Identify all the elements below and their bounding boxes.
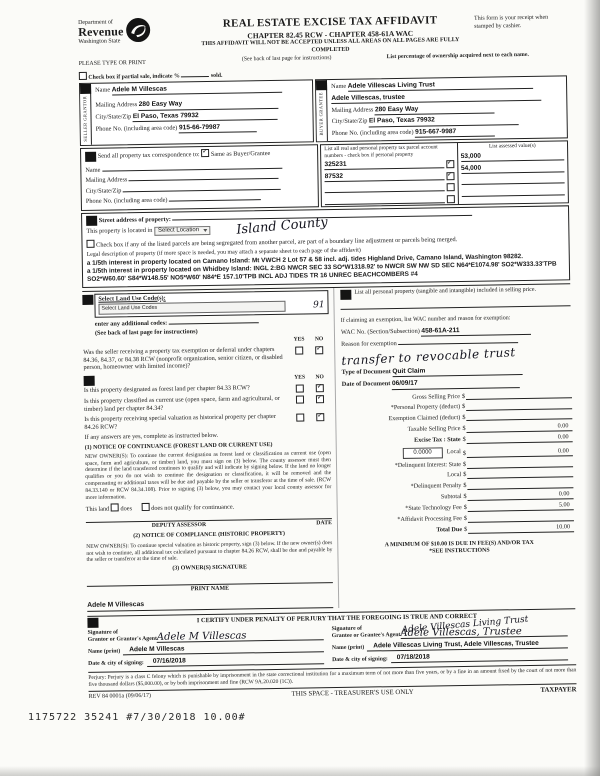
partial-sale-label: Check box if partial sale, indicate % — [88, 74, 180, 81]
yes-header: YES — [289, 336, 309, 343]
receipt-note: This form is your receipt when stamped b… — [474, 12, 566, 30]
located-in-label: This property is located in — [86, 227, 152, 235]
seller-city-label: City/State/Zip — [95, 113, 131, 121]
exemption-no-checkbox[interactable]: ✓ — [315, 346, 323, 354]
seller-address-label: Mailing Address — [95, 102, 137, 110]
street-address-label: Street address of property: — [99, 216, 171, 224]
section-marker-8 — [87, 618, 98, 628]
buyer-city-label: City/State/Zip — [332, 118, 368, 126]
please-type-or-print: PLEASE TYPE OR PRINT — [79, 57, 187, 68]
additional-codes-field[interactable] — [169, 322, 259, 324]
personal-property-checkbox[interactable]: ✓ — [446, 172, 454, 180]
same-as-buyer-checkbox[interactable]: ✓ — [201, 149, 209, 157]
if-yes-note: If any answers are yes, complete as inst… — [84, 430, 330, 442]
forest-yes-checkbox[interactable] — [296, 385, 304, 393]
subtotal-value: 0.00 — [468, 490, 574, 500]
seller-name-value[interactable]: Adele M Villescas — [112, 84, 282, 96]
taxpayer-label: TAXPAYER — [487, 686, 577, 696]
scanned-affidavit-page: Department of Revenue Washington State R… — [0, 0, 600, 776]
does-label: does — [120, 506, 132, 513]
assessed-value-row — [461, 175, 565, 186]
money-row: Gross Selling Price$ — [342, 391, 572, 402]
property-location-box: Street address of property: This propert… — [81, 205, 570, 287]
seller-grantor-box: SELLER GRANTOR Name Adele M Villescas Ma… — [79, 79, 314, 146]
corr-address-label: Mailing Address — [85, 177, 127, 185]
scan-bottom-shadow — [0, 766, 600, 776]
parcel-number-value[interactable]: 325231 — [324, 160, 443, 171]
no-header: NO — [309, 336, 329, 343]
assessed-value-row — [461, 186, 565, 197]
sold-label: sold. — [211, 73, 223, 79]
money-section: Gross Selling Price$ *Personal Property … — [342, 391, 574, 536]
dor-logo: Department of Revenue Washington State — [78, 18, 186, 47]
affidavit-form: Department of Revenue Washington State R… — [78, 12, 577, 702]
excise-tax-state-value: 0.00 — [467, 434, 573, 444]
corr-address-field[interactable] — [129, 178, 279, 181]
qualify-row: This land does does not qualify for cont… — [86, 500, 332, 514]
grantor-name-print-label: Name (print) — [88, 648, 120, 656]
does-checkbox[interactable] — [111, 504, 119, 512]
minimum-due-note: A MINIMUM OF $10.00 IS DUE IN FEE(S) AND… — [344, 539, 574, 557]
date-label: DATE — [272, 520, 332, 528]
exemption-yes-checkbox[interactable] — [295, 346, 303, 354]
partial-sale-checkbox[interactable] — [79, 72, 87, 80]
buyer-name2-value[interactable]: Adele Villescas, trustee — [331, 92, 541, 105]
assessed-value[interactable]: 54,000 — [461, 163, 565, 174]
historic-no-checkbox[interactable]: ✓ — [316, 413, 324, 421]
owners-signature-title: (3) OWNER(S) SIGNATURE — [87, 563, 333, 574]
logo-revenue-line: Revenue — [78, 26, 124, 39]
grantor-date-city-label: Date & city of signing: — [88, 660, 144, 668]
local-rate-box[interactable]: 0.0000 — [402, 447, 443, 459]
doc-date-value[interactable]: 06/09/17 — [392, 378, 520, 389]
seller-address-value[interactable]: 280 Easy Way — [139, 99, 279, 110]
money-row: *Delinquent Penalty$ — [343, 480, 573, 491]
money-row: 0.0000Local$0.00 — [343, 445, 573, 460]
parcel-number-value[interactable] — [325, 183, 444, 194]
total-due-value: 10.00 — [468, 524, 574, 534]
grantee-name-print-label: Name (print) — [332, 644, 364, 652]
same-as-buyer-label: Same as Buyer/Grantee — [211, 150, 271, 158]
claiming-exemption-note: If claiming an exemption, list WAC numbe… — [341, 314, 571, 325]
personal-property-deduct-field[interactable] — [466, 408, 572, 411]
assessed-values-header: List assessed value(s) — [461, 143, 565, 151]
partial-sale-percent-field[interactable] — [181, 76, 209, 77]
section-marker-2 — [316, 80, 327, 90]
qualify-suffix: qualify for continuance. — [174, 504, 234, 512]
assessed-value[interactable]: 53,000 — [461, 152, 565, 163]
taxable-selling-price-value: 0.00 — [467, 422, 573, 432]
parcel-row: 325231✓ — [324, 159, 453, 170]
grantor-signature-field[interactable]: Adele M Villescas — [157, 629, 324, 643]
buyer-city-value[interactable]: El Paso, Texas 79932 — [369, 116, 519, 128]
corr-name-field[interactable] — [102, 168, 282, 172]
personal-property-checkbox[interactable] — [446, 195, 454, 203]
correspondence-box: Send all property tax correspondence to:… — [80, 145, 319, 211]
grantee-printed-name[interactable]: Adele Villescas Living Trust, Adele Vill… — [367, 639, 568, 651]
parcel-numbers-header: List all real and personal property tax … — [324, 145, 454, 159]
current-use-no-checkbox[interactable]: ✓ — [316, 395, 324, 403]
scan-edge-shadow — [584, 0, 600, 776]
does-not-label: does not — [151, 505, 172, 512]
money-row: Local$ — [343, 469, 573, 480]
excise-tax-local-value: 0.00 — [467, 448, 573, 458]
money-row: *Affidavit Processing Fee$ — [344, 513, 574, 524]
personal-property-checkbox[interactable] — [446, 183, 454, 191]
current-use-yes-checkbox[interactable] — [296, 396, 304, 404]
question-current-use: Is this property classified as current u… — [84, 394, 330, 414]
certification-section: I CERTIFY UNDER PENALTY OF PERJURY THAT … — [87, 609, 576, 668]
parcel-number-value[interactable]: 87532 — [325, 171, 444, 182]
seller-name-label: Name — [95, 87, 110, 94]
grantor-signature-ink: Adele M Villescas — [157, 630, 247, 642]
doc-type-label: Type of Document — [342, 368, 391, 376]
grantor-date-value[interactable]: 07/16/2018 — [147, 655, 324, 667]
cashier-stamp: 1175722 35241 #7/30/2018 10.00# — [28, 712, 246, 723]
delinquent-interest-local-field[interactable] — [467, 476, 573, 479]
money-row: Total Due$10.00 — [344, 524, 574, 536]
corr-city-label: City/State/Zip — [86, 187, 122, 195]
land-use-code-handwriting: 91 — [313, 300, 325, 311]
seller-city-value[interactable]: El Paso, Texas 79932 — [133, 111, 278, 123]
question-historic: Is this property receiving special valua… — [84, 412, 330, 432]
does-not-checkbox[interactable] — [142, 503, 150, 511]
notice-compliance-body: NEW OWNER(S): To continue special valuat… — [86, 540, 332, 564]
buyer-name-value[interactable]: Adele Villescas Living Trust — [348, 80, 533, 92]
grantee-signature-block: Adele Villescas Living Trust Signature o… — [332, 623, 577, 665]
no-header: NO — [310, 374, 330, 381]
wac-label: WAC No. (Section/Subsection) — [341, 328, 420, 336]
seller-phone-value[interactable]: 915-66-79987 — [179, 123, 257, 133]
exemption-claimed-field[interactable] — [466, 419, 572, 422]
assessed-value[interactable] — [461, 175, 565, 186]
parcel-row — [325, 182, 454, 193]
buyer-grantee-box: BUYER GRANTEE Name Adele Villescas Livin… — [315, 75, 568, 143]
state-technology-fee-value: 5.00 — [468, 502, 574, 512]
section-marker-1 — [80, 84, 91, 94]
revenue-swirl-icon — [125, 17, 151, 46]
treasurer-use-label: THIS SPACE - TREASURER'S USE ONLY — [219, 688, 487, 701]
buyer-address-label: Mailing Address — [331, 106, 373, 114]
affidavit-processing-fee-field[interactable] — [468, 520, 574, 523]
delinquent-interest-state-field[interactable] — [467, 466, 573, 469]
section-marker-7 — [340, 289, 351, 299]
money-row: *State Technology Fee$5.00 — [344, 502, 574, 514]
reason-handwriting: transfer to revocable trust — [341, 345, 516, 369]
notice-continuance-body: NEW OWNER(S): To continue the current de… — [85, 450, 332, 501]
section-marker-3 — [85, 152, 96, 162]
grantee-date-value[interactable]: 07/18/2018 — [391, 651, 568, 663]
buyer-phone-value[interactable]: 915-667-9987 — [415, 128, 495, 138]
send-correspondence-label: Send all property tax correspondence to: — [98, 152, 200, 161]
forest-no-checkbox[interactable]: ✓ — [316, 384, 324, 392]
parcel-numbers-box: List all real and personal property tax … — [320, 141, 569, 207]
land-use-dropdown[interactable]: Select Land Use Codes — [98, 301, 285, 315]
parcel-row: 87532✓ — [325, 171, 454, 182]
doc-date-label: Date of Document — [342, 381, 391, 389]
segregated-checkbox[interactable] — [86, 240, 94, 248]
historic-yes-checkbox[interactable] — [296, 413, 304, 421]
additional-codes-label: enter any additional codes: — [95, 320, 168, 328]
buyer-phone-label: Phone No. (including area code) — [332, 129, 414, 137]
reason-label: Reason for exemption — [341, 340, 397, 348]
section-marker-6 — [84, 376, 95, 386]
owner-printed-name: Adele M Villescas — [87, 598, 333, 612]
money-row: Excise Tax : State$0.00 — [343, 434, 573, 446]
delinquent-penalty-field[interactable] — [468, 487, 574, 490]
corr-name-label: Name — [85, 167, 100, 174]
form-header: Department of Revenue Washington State R… — [78, 12, 567, 58]
money-row: Taxable Selling Price$0.00 — [342, 422, 572, 434]
rev-form-number: REV 84 0001a (09/06/17) — [89, 692, 219, 703]
grantee-date-city-label: Date & city of signing: — [332, 656, 388, 664]
money-row: Exemption Claimed (deduct)$ — [342, 412, 572, 423]
doc-type-value[interactable]: Quit Claim — [392, 366, 522, 377]
buyer-name-label: Name — [331, 83, 346, 90]
yes-header: YES — [290, 375, 310, 382]
parcel-number-value[interactable] — [325, 194, 444, 205]
corr-phone-field[interactable] — [169, 199, 261, 201]
money-row: *Personal Property (deduct)$ — [342, 401, 572, 412]
grantor-printed-name[interactable]: Adele M Villescas — [123, 643, 324, 655]
assessed-value[interactable] — [461, 186, 565, 197]
deputy-assessor-label: DEPUTY ASSESSOR — [86, 521, 272, 531]
wac-value[interactable]: 458-61A-211 — [421, 326, 531, 337]
corr-phone-label: Phone No. (including area code) — [86, 197, 168, 205]
question-exemption: Was the seller receiving a property tax … — [83, 345, 329, 372]
assessed-value-row: 53,000 — [461, 152, 565, 163]
logo-state-line: Washington State — [78, 38, 123, 45]
personal-property-checkbox[interactable]: ✓ — [446, 160, 454, 168]
section-marker-5 — [82, 294, 93, 304]
seller-phone-label: Phone No. (including area code) — [96, 124, 178, 132]
buyer-side-label: BUYER GRANTEE — [318, 92, 324, 135]
qualify-prefix: This land — [86, 506, 110, 513]
assessed-value-row: 54,000 — [461, 163, 565, 174]
corr-city-field[interactable] — [123, 189, 281, 192]
section-marker-4 — [86, 216, 97, 226]
parcel-row — [325, 194, 454, 205]
gross-selling-price-field[interactable] — [466, 398, 572, 401]
land-use-box: Select Land Use Code(s): Select Land Use… — [94, 290, 328, 318]
location-dropdown[interactable]: Select Location — [154, 226, 210, 236]
money-row: *Delinquent Interest: State$ — [343, 459, 573, 470]
money-row: Subtotal$0.00 — [343, 490, 573, 502]
buyer-address-value[interactable]: 280 Easy Way — [375, 104, 495, 115]
seller-side-label: SELLER GRANTOR — [82, 96, 88, 142]
grantor-signature-block: Signature ofGrantor or Grantor's Agent A… — [88, 627, 333, 669]
